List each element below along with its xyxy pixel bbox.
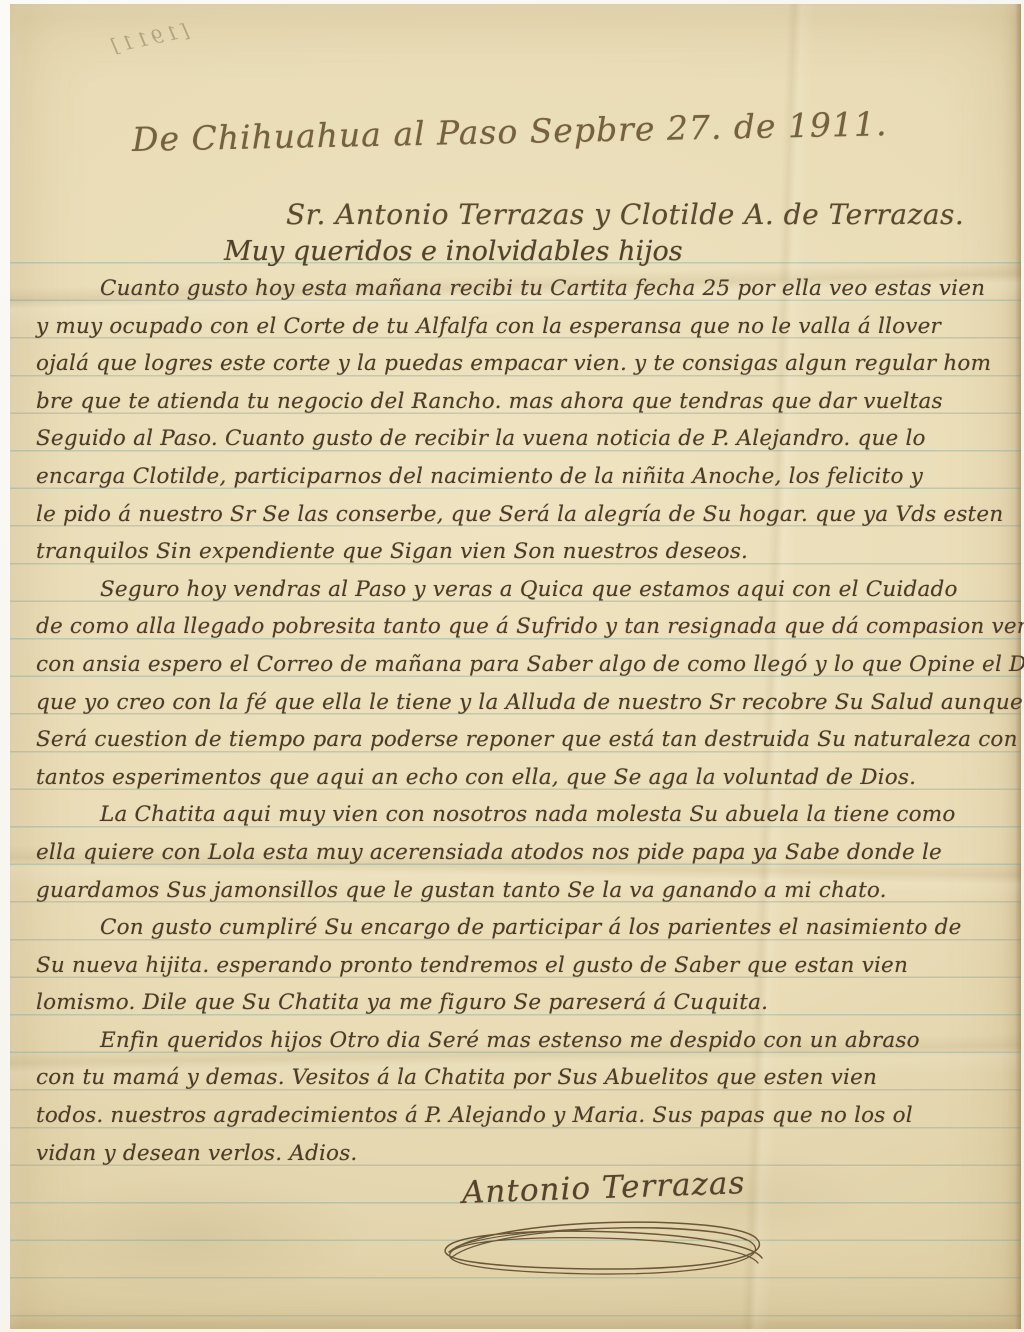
letter-line: Será cuestion de tiempo para poderse rep…: [36, 721, 1007, 759]
letter-line: Con gusto cumpliré Su encargo de partici…: [36, 909, 1007, 947]
pencil-note: [1911]: [107, 20, 191, 58]
letter-line: bre que te atienda tu negocio del Rancho…: [36, 383, 1007, 421]
letter-line: guardamos Sus jamonsillos que le gustan …: [36, 872, 1007, 910]
letter-line: Enfin queridos hijos Otro dia Seré mas e…: [36, 1022, 1007, 1060]
letter-line: le pido á nuestro Sr Se las conserbe, qu…: [36, 496, 1007, 534]
letter-page: [1911] De Chihuahua al Paso Sepbre 27. d…: [10, 4, 1021, 1329]
letter-line: ojalá que logres este corte y la puedas …: [36, 345, 1007, 383]
letter-line: Su nueva hijita. esperando pronto tendre…: [36, 947, 1007, 985]
letter-line: ella quiere con Lola esta muy acerensiad…: [36, 834, 1007, 872]
letter-line: Seguido al Paso. Cuanto gusto de recibir…: [36, 420, 1007, 458]
letter-line: de como alla llegado pobresita tanto que…: [36, 608, 1007, 646]
letter-line: todos. nuestros agradecimientos á P. Ale…: [36, 1097, 1007, 1135]
recipient-line: Sr. Antonio Terrazas y Clotilde A. de Te…: [286, 198, 964, 231]
letter-line: tranquilos Sin expendiente que Sigan vie…: [36, 533, 1007, 571]
letter-line: Cuanto gusto hoy esta mañana recibi tu C…: [36, 270, 1007, 308]
salutation: Muy queridos e inolvidables hijos: [224, 236, 683, 267]
letter-line: con tu mamá y demas. Vesitos á la Chatit…: [36, 1059, 1007, 1097]
letter-line: tantos esperimentos que aqui an echo con…: [36, 759, 1007, 797]
letter-line: vidan y desean verlos. Adios.: [36, 1135, 1007, 1173]
scan-background: [1911] De Chihuahua al Paso Sepbre 27. d…: [0, 0, 1024, 1332]
letter-line: Seguro hoy vendras al Paso y veras a Qui…: [36, 571, 1007, 609]
letter-line: y muy ocupado con el Corte de tu Alfalfa…: [36, 308, 1007, 346]
signature-flourish-icon: [424, 1210, 769, 1288]
letter-line: La Chatita aqui muy vien con nosotros na…: [36, 796, 1007, 834]
letter-line: que yo creo con la fé que ella le tiene …: [36, 684, 1007, 722]
letter-body: Cuanto gusto hoy esta mañana recibi tu C…: [36, 270, 1007, 1172]
letter-line: encarga Clotilde, participarnos del naci…: [36, 458, 1007, 496]
letter-line: lomismo. Dile que Su Chatita ya me figur…: [36, 984, 1007, 1022]
dateline: De Chihuahua al Paso Sepbre 27. de 1911.: [132, 104, 888, 159]
letter-line: con ansia espero el Correo de mañana par…: [36, 646, 1007, 684]
